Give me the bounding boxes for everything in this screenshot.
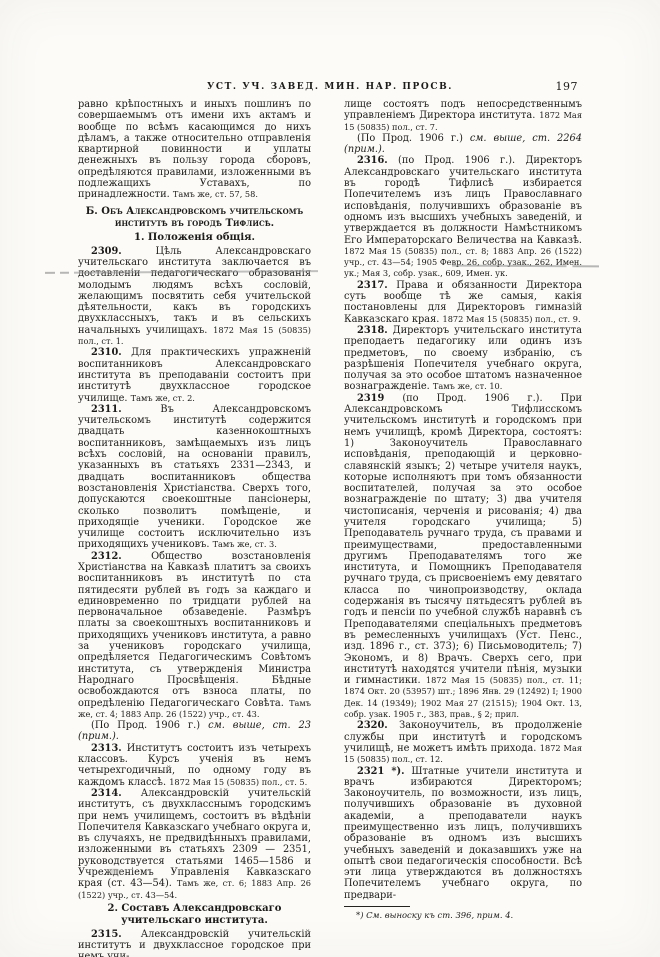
article-number: 2321 *). [357,766,405,777]
subsection-heading-2: 2. Составъ Александровскаго учительскаго… [78,903,311,927]
note-lead: (По Прод. 1906 г.) [357,133,463,144]
paragraph-text: Цѣль Александровскаго учительскаго инсти… [78,246,311,336]
article-number: 2320. [357,720,388,731]
paragraph-article-2314: 2314. Александровскій учительскій инстит… [78,788,311,901]
continuation-note-1906: (По Прод. 1906 г.) см. выше, ст. 23 (при… [78,720,311,743]
article-number: 2317. [357,280,388,291]
paragraph-text: (по Прод. 1906 г.). Директоръ Александро… [344,155,582,245]
article-number: 2312. [91,551,122,562]
paragraph-article-2320: 2320. Законоучитель, въ продолженіе служ… [344,720,582,765]
left-column: равно крѣпостныхъ и иныхъ пошлинъ по сов… [78,99,311,957]
citation: Тамъ же, ст. 3. [213,539,277,549]
scanned-document-page: УСТ. УЧ. ЗАВЕД. МИН. НАР. ПРОСВ. 197 рав… [0,0,660,957]
note-lead: (По Прод. 1906 г.) [91,720,200,731]
article-number: 2318. [357,325,388,336]
page-number: 197 [556,80,579,93]
article-number: 2316. [357,155,388,166]
paragraph-text: Общество возстановленія Христіанства на … [78,551,311,709]
paragraph-article-2311: 2311. Въ Александровскомъ учительскомъ и… [78,404,311,551]
paragraph-text: Штатные учители института и врачъ избира… [344,766,582,901]
section-heading-b: Б. Объ Александровскомъ учительскомъ инс… [82,206,307,230]
paragraph-article-2310: 2310. Для практическихъ упражненій воспи… [78,347,311,403]
paragraph-article-2309: 2309. Цѣль Александровскаго учительскаго… [78,246,311,348]
article-number: 2313. [91,743,122,754]
right-column: лище состоятъ подъ непосредственнымъ упр… [344,99,582,921]
footnote-text: *) См. выноску къ ст. 396, прим. 4. [344,910,582,921]
footnote-rule [344,906,410,907]
article-number: 2314. [91,788,122,799]
citation: Тамъ же, ст. 57, 58. [173,189,258,199]
paragraph-article-2321: 2321 *). Штатные учители института и вра… [344,766,582,902]
paragraph-article-2315: 2315. Александровскій учительскій инстит… [78,929,311,957]
article-number: 2309. [91,246,122,257]
citation: 1872 Мая 15 (50835) пол., ст. 9. [443,314,581,324]
paragraph-article-2319: 2319 (по Прод. 1906 г.). При Александров… [344,393,582,721]
running-title: УСТ. УЧ. ЗАВЕД. МИН. НАР. ПРОСВ. [120,82,540,92]
article-number: 2315. [91,929,122,940]
citation: 1872 Мая 15 (50835) пол., ст. 8; 1883 Ап… [344,246,582,279]
paragraph-article-2313: 2313. Институтъ состоитъ изъ четырехъ кл… [78,743,311,788]
paragraph-article-2316: 2316. (по Прод. 1906 г.). Директоръ Алек… [344,155,582,279]
paragraph-article-2312: 2312. Общество возстановленія Христіанст… [78,551,311,720]
scan-smudge [108,869,120,874]
subsection-heading-1: 1. Положенія общія. [78,232,311,244]
paragraph-article-2318: 2318. Директоръ учительскаго института п… [344,325,582,393]
paragraph-text: Въ Александровскомъ учительскомъ институ… [78,404,311,551]
citation: 1872 Мая 15 (50835) пол., ст. 5. [169,777,307,787]
article-number: 2311. [91,404,122,415]
paragraph-text: Александровскій учительскій институтъ, с… [78,788,311,889]
article-number: 2319 [357,393,384,404]
continuation-note-1906: (По Прод. 1906 г.) см. выше, ст. 2264 (п… [344,133,582,156]
paragraph-intro-continuation: равно крѣпостныхъ и иныхъ пошлинъ по сов… [78,99,311,201]
paragraph-text: равно крѣпостныхъ и иныхъ пошлинъ по сов… [78,99,311,200]
paragraph-text: (по Прод. 1906 г.). При Александровскомъ… [344,393,582,686]
article-number: 2310. [91,347,122,358]
paragraph-2315-continuation: лище состоятъ подъ непосредственнымъ упр… [344,99,582,133]
paragraph-article-2317: 2317. Права и обязанности Директора суть… [344,280,582,325]
citation: Тамъ же, ст. 2. [131,393,195,403]
citation: Тамъ же, ст. 10. [433,381,502,391]
